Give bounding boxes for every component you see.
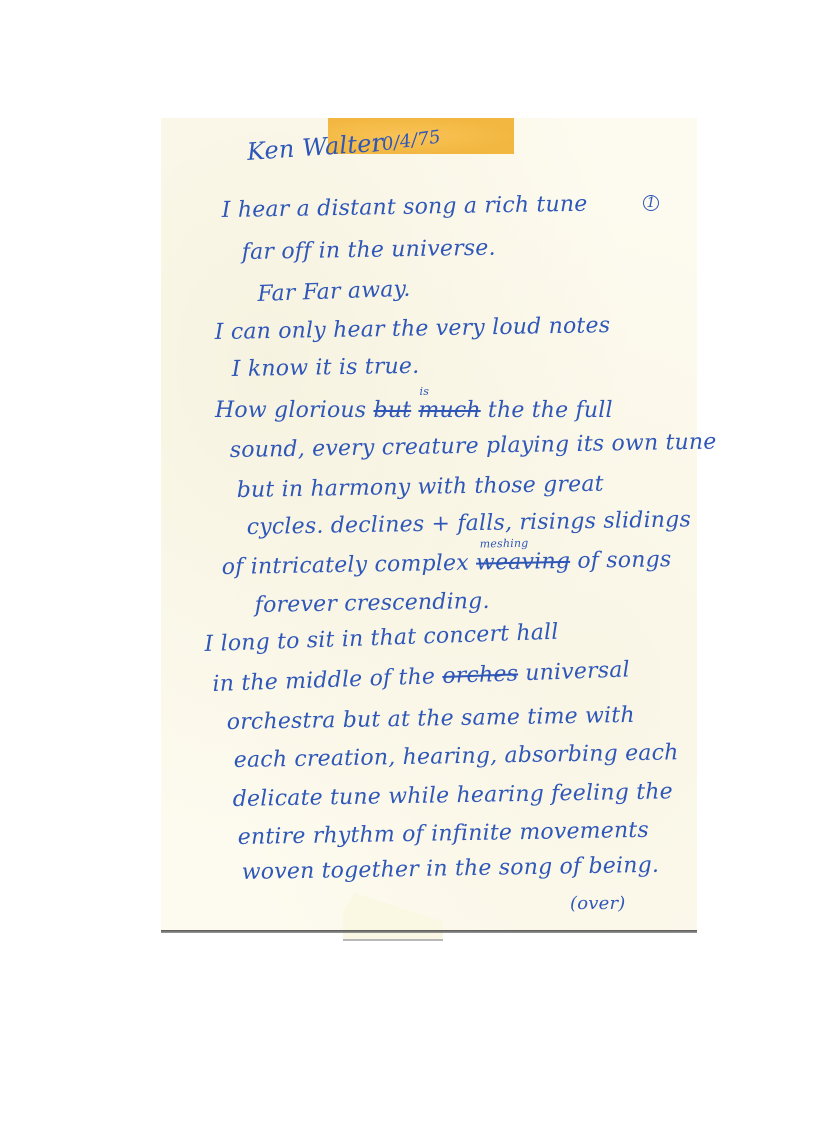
- struck-word: much: [418, 398, 480, 423]
- correction-group: but muchis: [373, 398, 480, 423]
- line-segment: of intricately complex: [222, 551, 477, 580]
- handwritten-line: far off in the universe.: [242, 236, 496, 265]
- handwritten-line: Far Far away.: [257, 277, 411, 307]
- correction-group: orches: [442, 661, 519, 689]
- handwritten-line: forever crescending.: [255, 589, 490, 618]
- line-segment: of songs: [570, 547, 672, 574]
- paper-shadow-edge: [161, 930, 697, 933]
- struck-word: but: [373, 398, 411, 423]
- over-note: (over): [570, 893, 626, 914]
- page-number: 1: [643, 195, 659, 211]
- line-segment: the the full: [481, 398, 613, 423]
- handwritten-line: How glorious but muchis the the full: [215, 398, 613, 423]
- line-segment: universal: [518, 657, 631, 686]
- struck-word: weaving: [476, 549, 571, 576]
- inserted-word: is: [419, 385, 429, 398]
- handwritten-line: I know it is true.: [232, 354, 420, 382]
- inserted-word: meshing: [480, 537, 529, 551]
- line-segment: How glorious: [215, 398, 373, 423]
- struck-word: orches: [442, 661, 519, 689]
- correction-group: weavingmeshing: [476, 549, 571, 576]
